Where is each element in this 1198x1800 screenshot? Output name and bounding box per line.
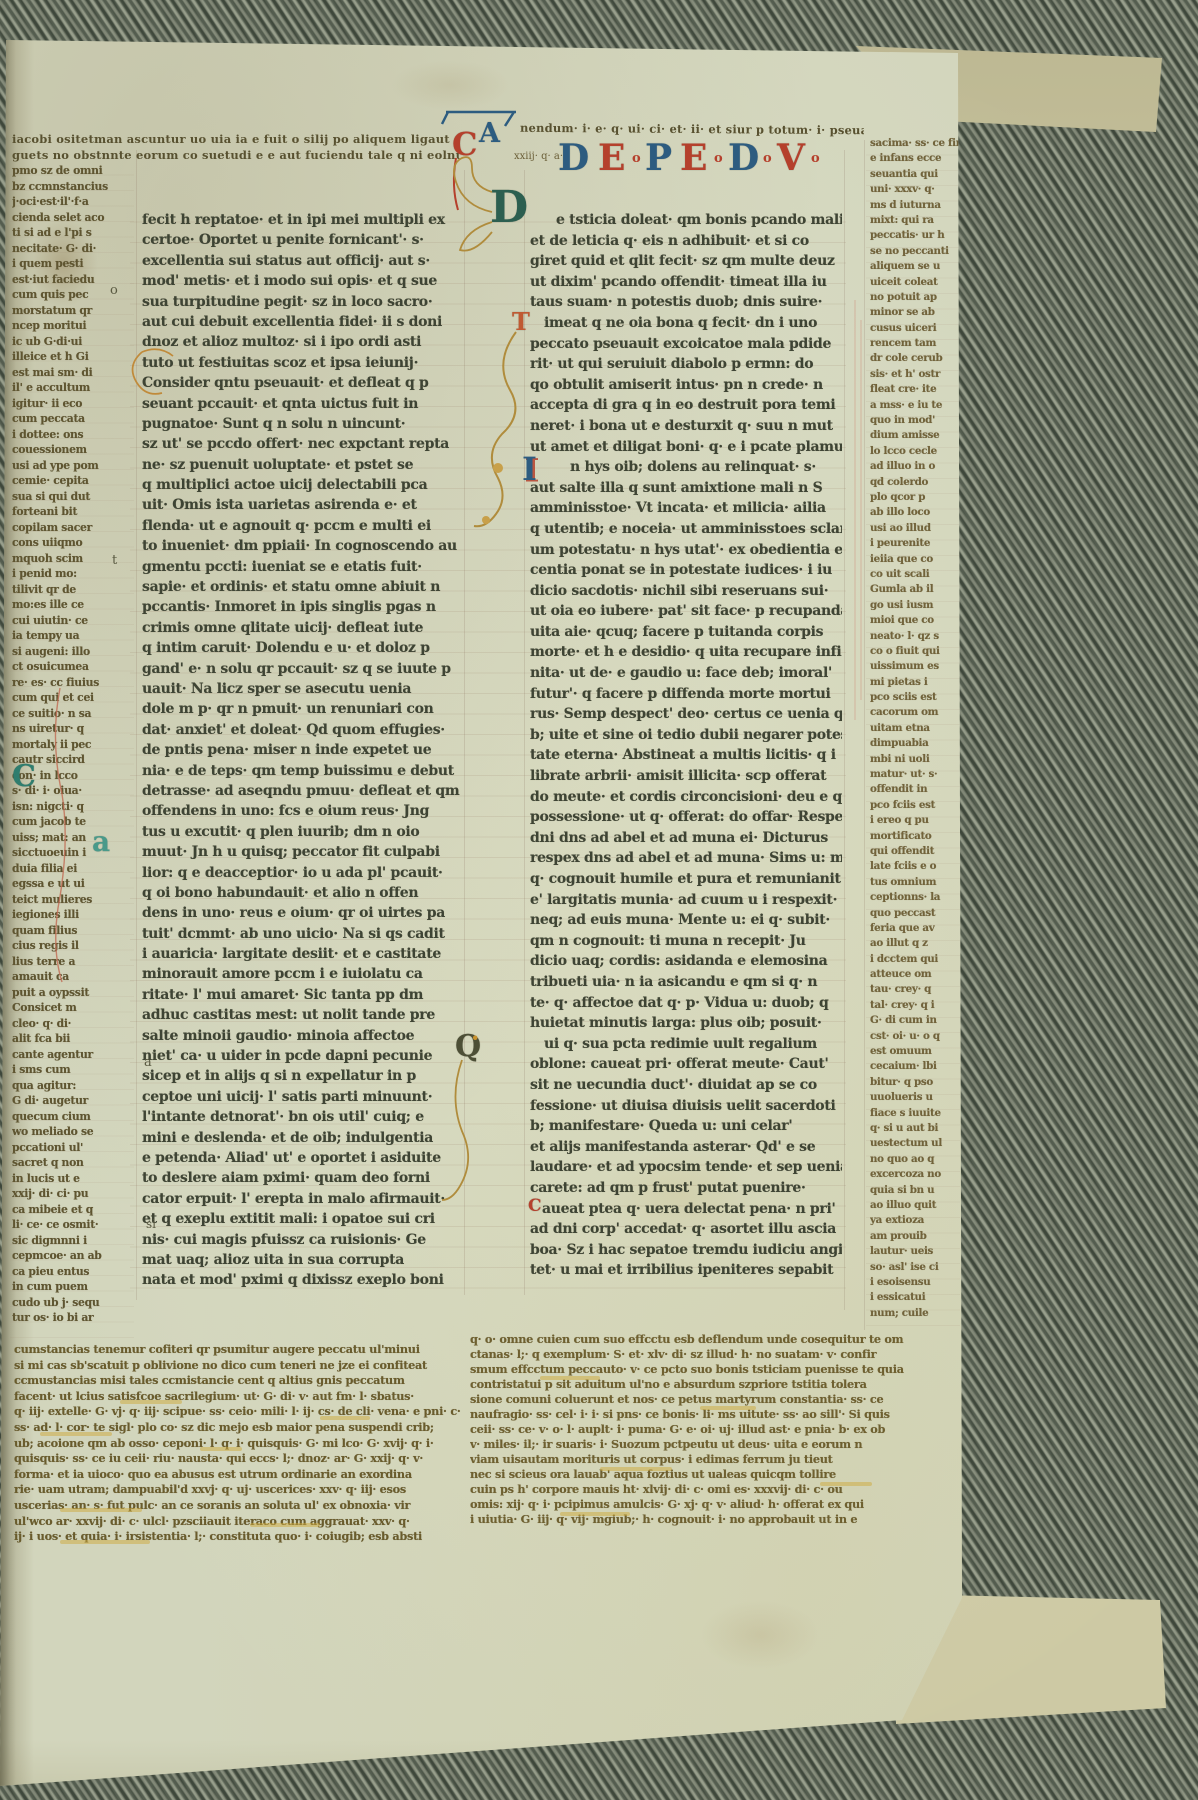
handwritten-annotation: qs· nij· — [1014, 37, 1066, 52]
manuscript-page: iacobi ositetman ascuntur uo uia ia e fu… — [0, 0, 1198, 1800]
handwritten-annotation: si — [146, 1218, 156, 1230]
handwritten-annotation: o — [110, 284, 118, 297]
handwritten-annotation: a — [144, 1056, 152, 1069]
manuscript-photo: iacobi ositetman ascuntur uo uia ia e fu… — [0, 0, 1198, 1800]
handwritten-annotation: t — [112, 554, 117, 567]
page-annotations: 2980709qs· nij·otasi — [0, 0, 1198, 1800]
